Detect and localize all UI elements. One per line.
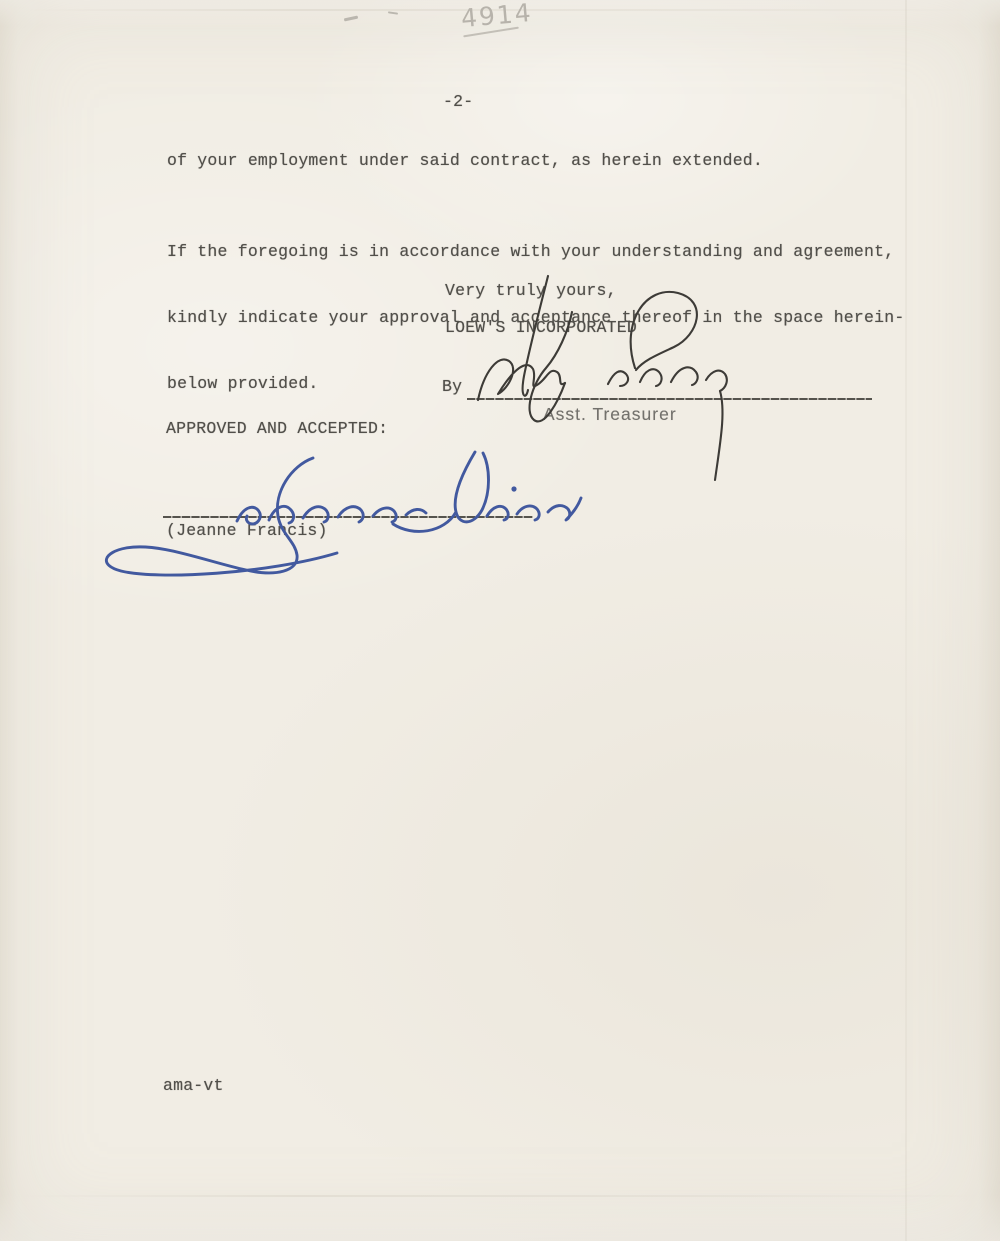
acceptance-heading: APPROVED AND ACCEPTED: — [166, 418, 388, 440]
staple-mark — [388, 11, 398, 14]
page-number: -2- — [443, 91, 473, 113]
typist-reference: ama-vt — [163, 1075, 224, 1097]
scanned-letter-page: 4914 -2- of your employment under said c… — [0, 0, 1000, 1241]
paragraph-2-line-1: If the foregoing is in accordance with y… — [167, 241, 904, 263]
paper-crease — [905, 0, 907, 1241]
by-label: By — [442, 376, 462, 398]
staple-mark — [344, 16, 358, 22]
acceptance-signature-ink — [55, 438, 585, 583]
paper-crease — [0, 1195, 1000, 1197]
paragraph-1: of your employment under said contract, … — [167, 150, 763, 172]
pencil-note: 4914 — [460, 0, 534, 33]
